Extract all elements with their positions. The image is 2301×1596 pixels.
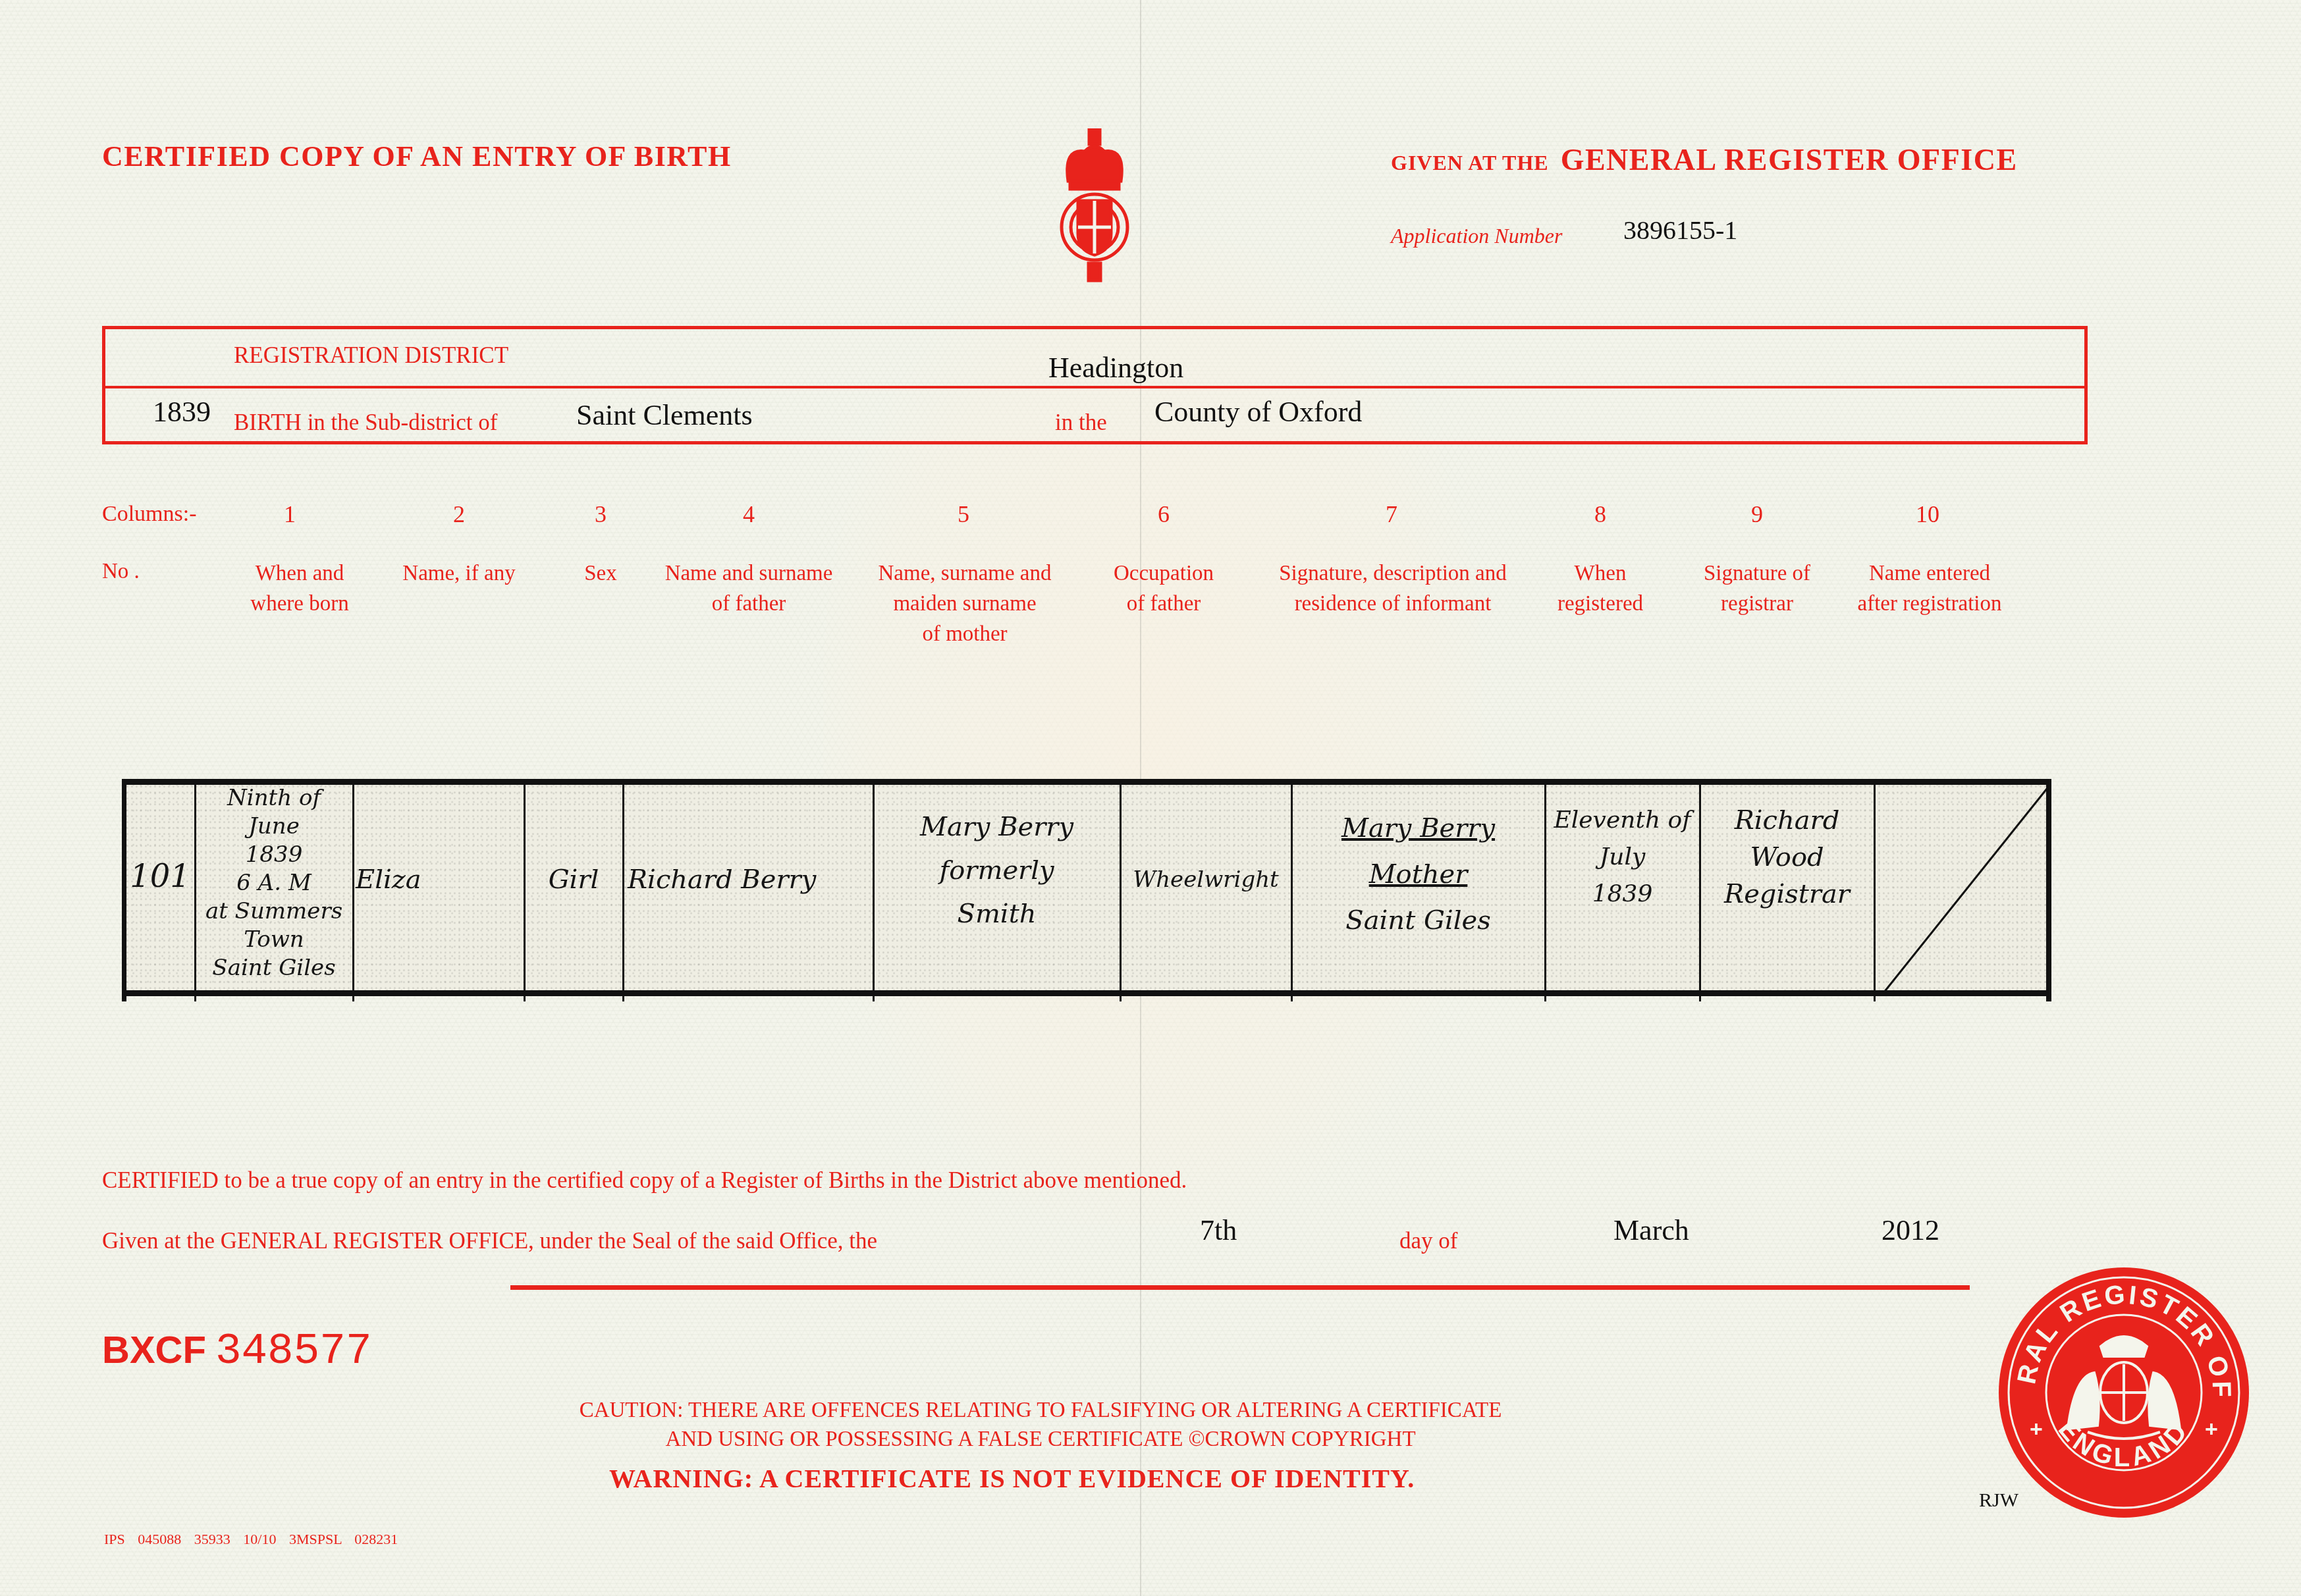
day-of-label: day of: [1399, 1228, 1457, 1254]
mother-line: formerly: [874, 849, 1120, 892]
column-heading-5-line1: Name, surname and: [879, 558, 1052, 589]
certificate-day: 7th: [1200, 1213, 1237, 1247]
entry-registrar: Richard Wood Registrar: [1700, 802, 1874, 913]
entry-father: Richard Berry: [624, 864, 877, 895]
column-number-3: 3: [574, 500, 627, 528]
born-line: Saint Giles: [196, 954, 352, 982]
column-heading-1-line1: When and: [250, 558, 348, 589]
column-number-1: 1: [263, 500, 316, 528]
column-number-10: 10: [1901, 500, 1954, 528]
entry-bottom-rule: [122, 990, 2051, 996]
entry-name: Eliza: [356, 864, 487, 895]
svg-text:+: +: [2205, 1417, 2218, 1442]
column-heading-6-line2: of father: [1114, 589, 1214, 619]
column-heading-6: Occupation of father: [1114, 558, 1214, 619]
county-value: County of Oxford: [1154, 395, 1362, 429]
registration-district-label: REGISTRATION DISTRICT: [234, 342, 508, 369]
column-heading-8-line1: When: [1557, 558, 1643, 589]
born-line: Ninth of: [196, 784, 352, 812]
born-line: Town: [196, 926, 352, 954]
entry-top-rule: [122, 779, 2051, 785]
column-heading-5-line2: maiden surname: [879, 589, 1052, 619]
caution-notice: CAUTION: THERE ARE OFFENCES RELATING TO …: [520, 1396, 1561, 1454]
column-heading-3-line1: Sex: [584, 558, 617, 589]
registrar-line: Richard: [1700, 802, 1874, 839]
informant-line: Mother: [1292, 851, 1544, 897]
born-line: 6 A. M: [196, 869, 352, 897]
column-number-6: 6: [1137, 500, 1190, 528]
cancel-diagonal: [1877, 779, 2048, 996]
given-statement: Given at the GENERAL REGISTER OFFICE, un…: [102, 1228, 877, 1254]
certificate-month: March: [1613, 1213, 1689, 1247]
gro-label: GENERAL REGISTER OFFICE: [1561, 143, 2018, 176]
column-heading-4: Name and surname of father: [665, 558, 833, 619]
column-heading-10: Name entered after registration: [1858, 558, 2002, 619]
entry-divider: [352, 779, 354, 1001]
royal-crest-icon: [1058, 128, 1131, 286]
column-heading-2: Name, if any: [402, 558, 515, 589]
caution-line-1: CAUTION: THERE ARE OFFENCES RELATING TO …: [520, 1396, 1561, 1425]
certificate-title: CERTIFIED COPY OF AN ENTRY OF BIRTH: [102, 140, 732, 173]
columns-label: Columns:-: [102, 502, 197, 527]
registrar-line: Registrar: [1700, 876, 1874, 913]
entry-occupation: Wheelwright: [1121, 864, 1291, 895]
column-heading-7-line2: residence of informant: [1279, 589, 1507, 619]
column-heading-9: Signature of registrar: [1704, 558, 1810, 619]
registrar-line: Wood: [1700, 839, 1874, 876]
given-at-heading: GIVEN AT THE GENERAL REGISTER OFFICE: [1391, 142, 2018, 177]
svg-text:+: +: [2030, 1417, 2043, 1442]
column-number-9: 9: [1731, 500, 1783, 528]
certified-statement: CERTIFIED to be a true copy of an entry …: [102, 1167, 1187, 1194]
entry-mother: Mary Berry formerly Smith: [874, 805, 1120, 936]
column-heading-4-line2: of father: [665, 589, 833, 619]
informant-line: Mary Berry: [1292, 805, 1544, 851]
column-heading-7: Signature, description and residence of …: [1279, 558, 1507, 619]
entry-informant: Mary Berry Mother Saint Giles: [1292, 805, 1544, 944]
column-number-4: 4: [722, 500, 775, 528]
certificate-year: 2012: [1881, 1213, 1939, 1247]
column-number-5: 5: [937, 500, 990, 528]
print-code: IPS 045088 35933 10/10 3MSPSL 028231: [104, 1531, 398, 1548]
entry-divider: [1874, 779, 1876, 1001]
registered-line: Eleventh of: [1546, 802, 1699, 839]
register-entry-row: 101 Ninth of June 1839 6 A. M at Summers…: [122, 779, 2051, 996]
column-heading-7-line1: Signature, description and: [1279, 558, 1507, 589]
caution-line-2: AND USING OR POSSESSING A FALSE CERTIFIC…: [520, 1425, 1561, 1454]
serial-digits: 348577: [215, 1327, 372, 1376]
entry-left-rule: [122, 779, 126, 1001]
serial-number: BXCF 348577: [102, 1327, 372, 1376]
signature-rule: [510, 1285, 1970, 1290]
entry-number: 101: [127, 861, 193, 891]
application-number-label: Application Number: [1391, 224, 1562, 248]
registration-divider: [105, 386, 2084, 388]
informant-line: Saint Giles: [1292, 897, 1544, 944]
born-line: June: [196, 812, 352, 841]
column-number-2: 2: [433, 500, 485, 528]
column-heading-2-line1: Name, if any: [402, 558, 515, 589]
serial-prefix: BXCF: [102, 1329, 206, 1371]
entry-sex: Girl: [525, 864, 622, 895]
column-heading-5: Name, surname and maiden surname of moth…: [879, 558, 1052, 649]
registration-district-value: Headington: [1048, 351, 1183, 385]
column-heading-5-line3: of mother: [879, 619, 1052, 649]
in-the-label: in the: [1055, 410, 1107, 436]
column-number-7: 7: [1365, 500, 1418, 528]
column-heading-10-line2: after registration: [1858, 589, 2002, 619]
no-column-heading: No .: [102, 560, 140, 584]
subdistrict-value: Saint Clements: [576, 398, 753, 432]
column-number-8: 8: [1574, 500, 1627, 528]
column-heading-8: When registered: [1557, 558, 1643, 619]
column-heading-3: Sex: [584, 558, 617, 589]
column-heading-10-line1: Name entered: [1858, 558, 2002, 589]
registered-line: 1839: [1546, 876, 1699, 913]
gro-seal-icon: GENERAL REGISTER OFFICE ENGLAND + +: [1995, 1264, 2252, 1521]
column-heading-6-line1: Occupation: [1114, 558, 1214, 589]
subdistrict-label: BIRTH in the Sub-district of: [234, 410, 497, 436]
mother-line: Mary Berry: [874, 805, 1120, 849]
mother-line: Smith: [874, 892, 1120, 936]
application-number-value: 3896155-1: [1623, 215, 1737, 246]
born-line: 1839: [196, 841, 352, 869]
column-heading-1: When and where born: [250, 558, 348, 619]
registered-line: July: [1546, 839, 1699, 876]
column-heading-8-line2: registered: [1557, 589, 1643, 619]
given-at-label: GIVEN AT THE: [1391, 151, 1549, 174]
column-heading-4-line1: Name and surname: [665, 558, 833, 589]
column-heading-9-line2: registrar: [1704, 589, 1810, 619]
warning-notice: WARNING: A CERTIFICATE IS NOT EVIDENCE O…: [609, 1463, 1415, 1494]
born-line: at Summers: [196, 897, 352, 926]
column-heading-1-line2: where born: [250, 589, 348, 619]
entry-when-where-born: Ninth of June 1839 6 A. M at Summers Tow…: [196, 784, 352, 982]
registration-year: 1839: [153, 395, 211, 429]
issuer-initials: RJW: [1979, 1489, 2018, 1512]
column-heading-9-line1: Signature of: [1704, 558, 1810, 589]
entry-when-registered: Eleventh of July 1839: [1546, 802, 1699, 913]
